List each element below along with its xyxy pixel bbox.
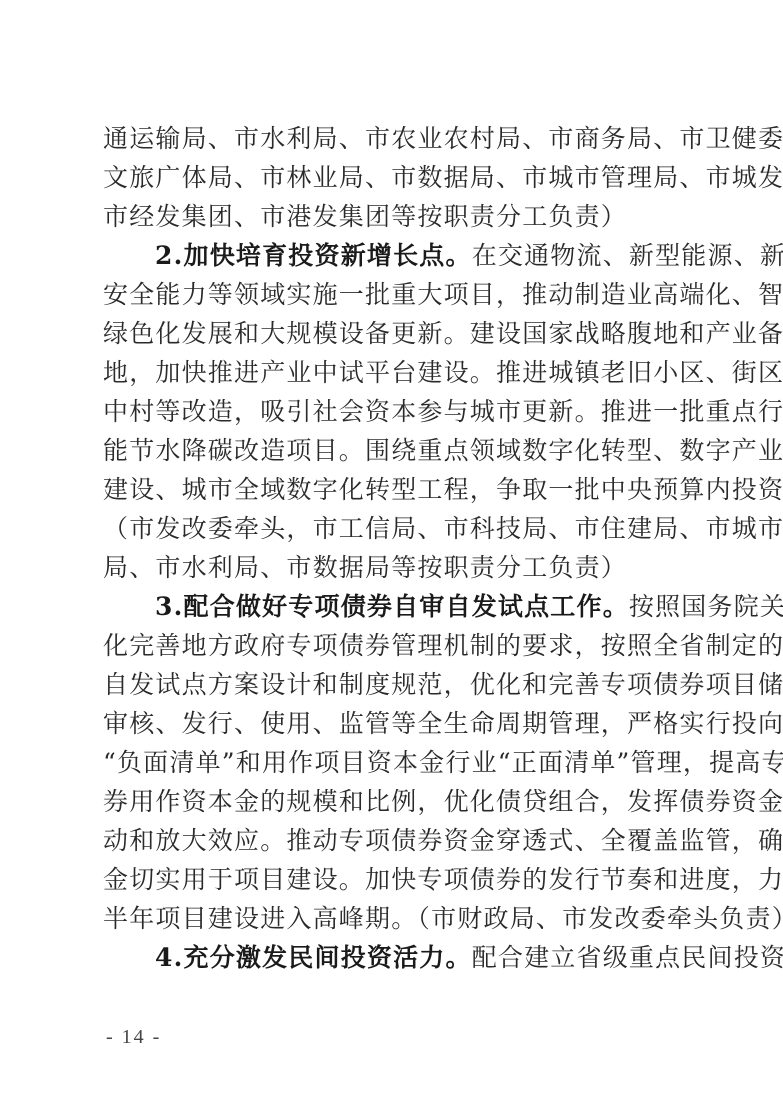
body-line-12: 局、市水利局、市数据局等按职责分工负责） — [103, 548, 691, 587]
section-text: 按照国务院关于优 — [629, 592, 783, 621]
body-line-3: 市经发集团、市港发集团等按职责分工负责） — [103, 197, 691, 236]
body-line-17: “负面清单”和用作项目资本金行业“正面清单”管理，提高专项债 — [103, 743, 691, 782]
body-line-11: （市发改委牵头，市工信局、市科技局、市住建局、市城市管理 — [103, 509, 691, 548]
body-line-21: 半年项目建设进入高峰期。（市财政局、市发改委牵头负责） — [103, 899, 691, 938]
section-4-heading-line: 4.充分激发民间投资活力。配合建立省级重点民间投资项目 — [103, 938, 691, 977]
body-line-19: 动和放大效应。推动专项债券资金穿透式、全覆盖监管，确保资 — [103, 821, 691, 860]
body-line-6: 绿色化发展和大规模设备更新。建设国家战略腹地和产业备份基 — [103, 314, 691, 353]
section-2-heading-line: 2.加快培育投资新增长点。在交通物流、新型能源、新基建、 — [103, 236, 691, 275]
body-line-15: 自发试点方案设计和制度规范，优化和完善专项债券项目储备、 — [103, 665, 691, 704]
section-text: 在交通物流、新型能源、新基建、 — [472, 241, 783, 270]
section-3-heading-line: 3.配合做好专项债券自审自发试点工作。按照国务院关于优 — [103, 587, 691, 626]
section-text: 配合建立省级重点民间投资项目 — [472, 943, 783, 972]
body-line-8: 中村等改造，吸引社会资本参与城市更新。推进一批重点行业节 — [103, 392, 691, 431]
section-heading: 4.充分激发民间投资活力。 — [155, 943, 472, 972]
body-line-2: 文旅广体局、市林业局、市数据局、市城市管理局、市城发集团、 — [103, 158, 691, 197]
body-line-20: 金切实用于项目建设。加快专项债券的发行节奏和进度，力争下 — [103, 860, 691, 899]
body-line-9: 能节水降碳改造项目。围绕重点领域数字化转型、数字产业集群 — [103, 431, 691, 470]
body-line-16: 审核、发行、使用、监管等全生命周期管理，严格实行投向领域 — [103, 704, 691, 743]
section-heading: 3.配合做好专项债券自审自发试点工作。 — [155, 592, 629, 621]
page-number: - 14 - — [106, 1026, 161, 1049]
section-heading: 2.加快培育投资新增长点。 — [155, 241, 472, 270]
body-line-10: 建设、城市全域数字化转型工程，争取一批中央预算内投资支持。 — [103, 470, 691, 509]
document-page: 通运输局、市水利局、市农业农村局、市商务局、市卫健委、市 文旅广体局、市林业局、… — [103, 119, 691, 977]
body-line-5: 安全能力等领域实施一批重大项目，推动制造业高端化、智能化、 — [103, 275, 691, 314]
body-line-18: 券用作资本金的规模和比例，优化债贷组合，发挥债券资金的带 — [103, 782, 691, 821]
body-line-7: 地，加快推进产业中试平台建设。推进城镇老旧小区、街区和城 — [103, 353, 691, 392]
body-line-14: 化完善地方政府专项债券管理机制的要求，按照全省制定的自审 — [103, 626, 691, 665]
body-line-1: 通运输局、市水利局、市农业农村局、市商务局、市卫健委、市 — [103, 119, 691, 158]
